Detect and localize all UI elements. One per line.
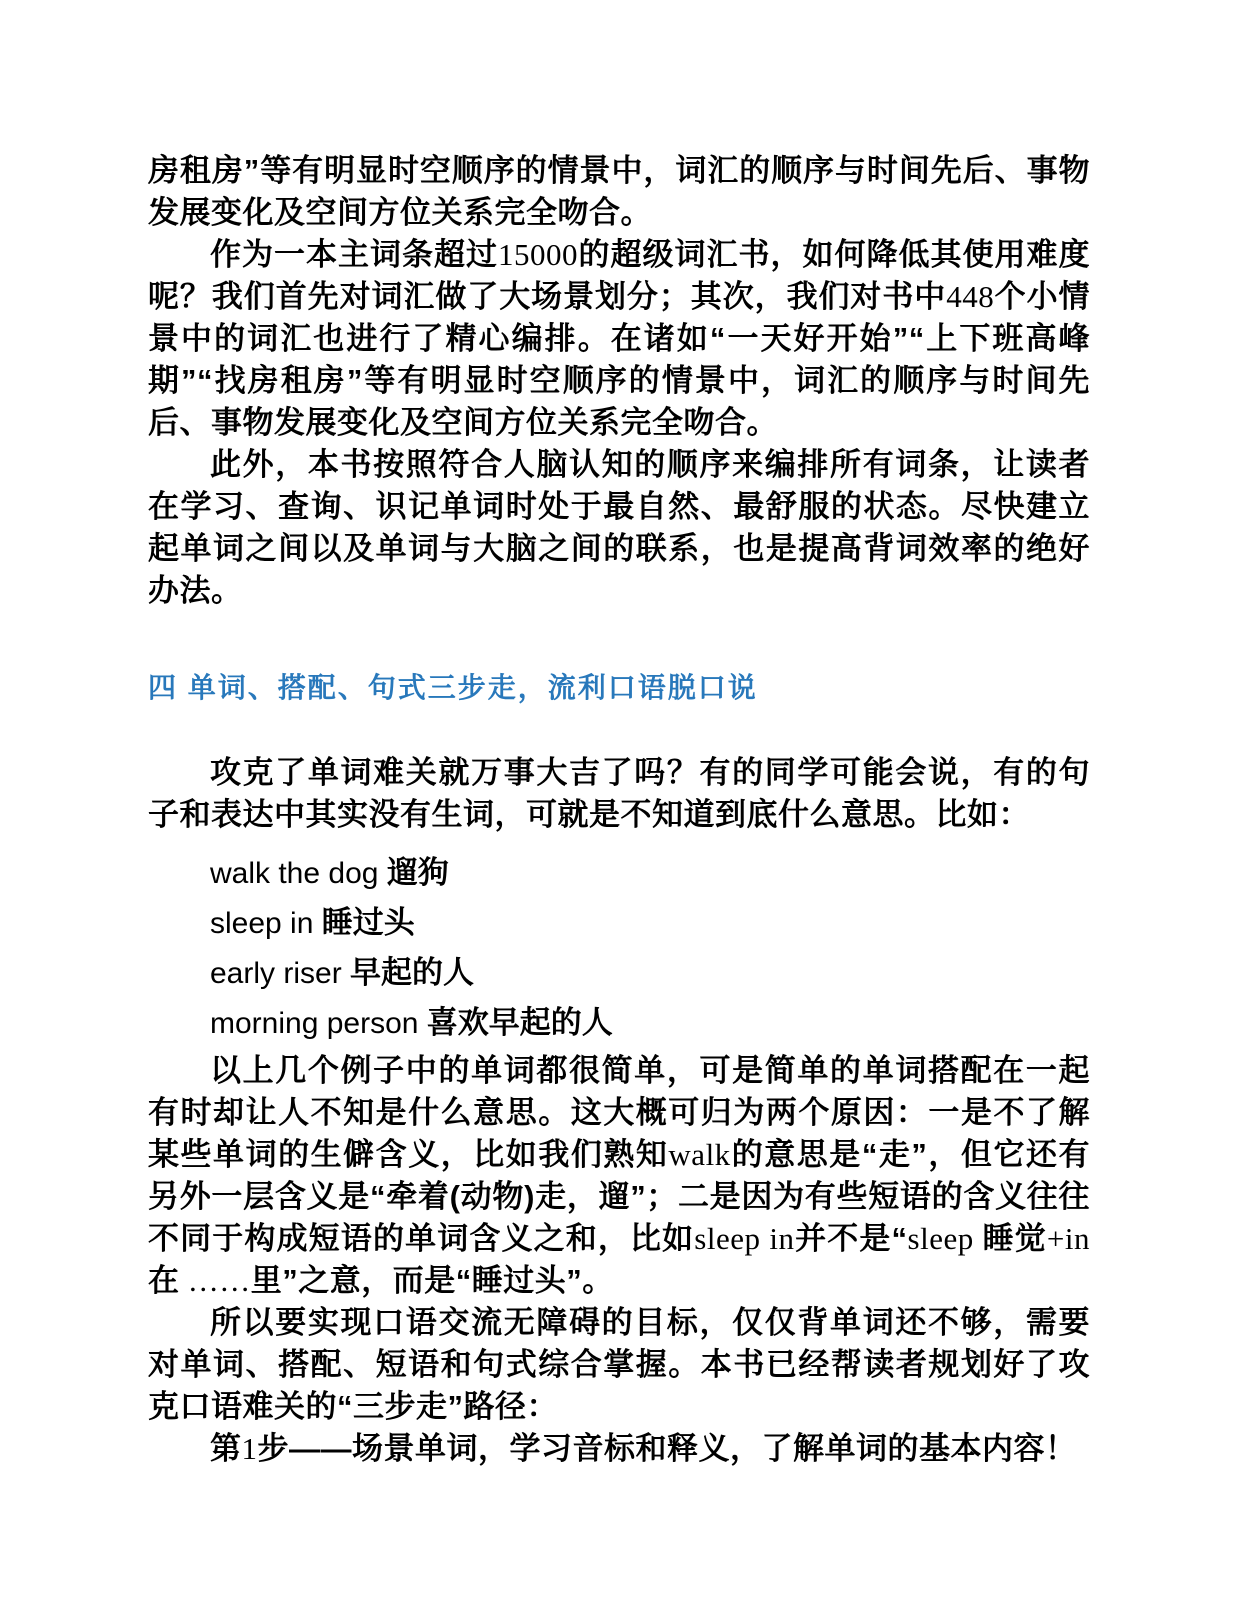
paragraph: 所以要实现口语交流无障碍的目标，仅仅背单词还不够，需要对单词、搭配、短语和句式综… — [148, 1302, 1090, 1428]
chinese-text-run: 睡觉 — [983, 1221, 1047, 1256]
english-text-run: early riser — [210, 957, 350, 990]
chinese-text-run: 所以要实现口语交流无障碍的目标，仅仅背单词还不够，需要对单词、搭配、短语和句式综… — [148, 1305, 1090, 1424]
chinese-text-run: 并不是“ — [795, 1221, 908, 1256]
chinese-text-run: 喜欢早起的人 — [427, 1005, 613, 1040]
chinese-text-run: 此外，本书按照符合人脑认知的顺序来编排所有词条，让读者在学习、查询、识记单词时处… — [148, 447, 1090, 608]
example-line: morning person 喜欢早起的人 — [210, 998, 1090, 1048]
chinese-text-run: 步——场景单词，学习音标和释义，了解单词的基本内容！ — [258, 1431, 1077, 1466]
example-line: sleep in 睡过头 — [210, 898, 1090, 948]
ebook-page: 房租房”等有明显时空顺序的情景中，词汇的顺序与时间先后、事物发展变化及空间方位关… — [0, 0, 1236, 1600]
chinese-text-run: 四 单词、搭配、句式三步走，流利口语脱口说 — [148, 672, 758, 703]
english-text-run: walk — [668, 1137, 730, 1172]
example-line: early riser 早起的人 — [210, 948, 1090, 998]
english-text-run: walk the dog — [210, 857, 387, 890]
english-text-run: …… — [180, 1263, 251, 1298]
english-text-run: morning person — [210, 1007, 427, 1040]
chinese-text-run: 房租房”等有明显时空顺序的情景中，词汇的顺序与时间先后、事物发展变化及空间方位关… — [148, 153, 1090, 230]
chinese-text-run: 遛狗 — [387, 855, 449, 890]
paragraph: 以上几个例子中的单词都很简单，可是简单的单词搭配在一起有时却让人不知是什么意思。… — [148, 1050, 1090, 1302]
paragraph: 攻克了单词难关就万事大吉了吗？有的同学可能会说，有的句子和表达中其实没有生词，可… — [148, 752, 1090, 836]
english-text-run: 448 — [946, 279, 994, 314]
chinese-text-run: 第 — [210, 1431, 242, 1466]
chinese-text-run: 攻克了单词难关就万事大吉了吗？有的同学可能会说，有的句子和表达中其实没有生词，可… — [148, 755, 1090, 832]
paragraph: 此外，本书按照符合人脑认知的顺序来编排所有词条，让读者在学习、查询、识记单词时处… — [148, 444, 1090, 612]
english-text-run: sleep in — [210, 907, 322, 940]
english-text-run: 1 — [242, 1431, 258, 1466]
chinese-text-run: 里”之意，而是“睡过头”。 — [251, 1263, 614, 1298]
chinese-text-run: 作为一本主词条超过 — [210, 237, 498, 272]
section-heading: 四 单词、搭配、句式三步走，流利口语脱口说 — [148, 668, 1090, 708]
paragraph: 作为一本主词条超过15000的超级词汇书，如何降低其使用难度呢？我们首先对词汇做… — [148, 234, 1090, 444]
paragraph: 房租房”等有明显时空顺序的情景中，词汇的顺序与时间先后、事物发展变化及空间方位关… — [148, 150, 1090, 234]
chinese-text-run: 早起的人 — [350, 955, 474, 990]
english-text-run: sleep in — [694, 1221, 794, 1256]
chinese-text-run: 在 — [148, 1263, 180, 1298]
english-text-run: 15000 — [498, 237, 578, 272]
example-line: walk the dog 遛狗 — [210, 848, 1090, 898]
english-text-run: +in — [1047, 1221, 1090, 1256]
chinese-text-run: 睡过头 — [322, 905, 415, 940]
paragraph: 第1步——场景单词，学习音标和释义，了解单词的基本内容！ — [148, 1428, 1090, 1470]
document-content: 房租房”等有明显时空顺序的情景中，词汇的顺序与时间先后、事物发展变化及空间方位关… — [148, 150, 1090, 1470]
english-text-run: sleep — [908, 1221, 983, 1256]
